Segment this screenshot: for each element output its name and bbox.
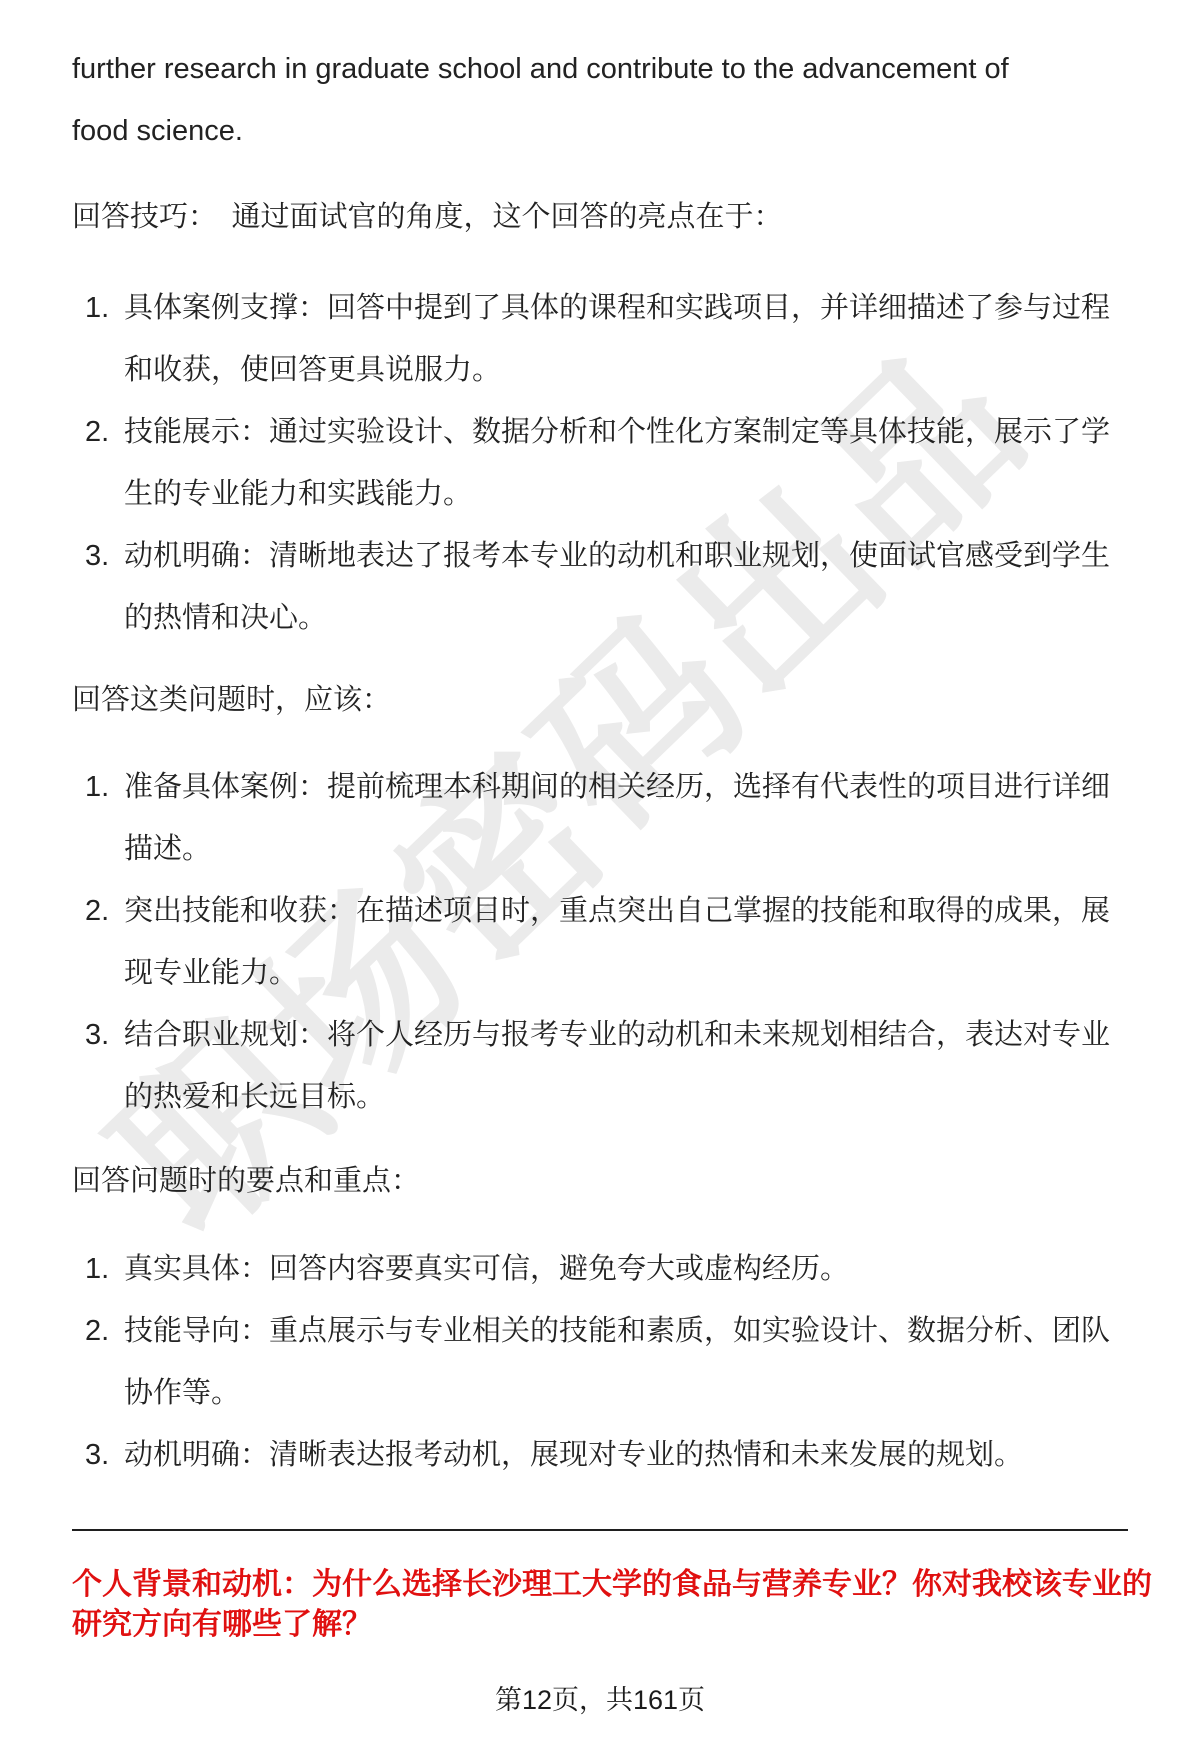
section-heading-how-to-answer: 回答这类问题时，应该：	[72, 669, 1128, 731]
list-item: 2. 技能导向：重点展示与专业相关的技能和素质，如实验设计、数据分析、团队 协作…	[72, 1300, 1128, 1424]
list-item-number: 3.	[85, 525, 109, 587]
section-heading-answer-technique: 回答技巧： 通过面试官的角度，这个回答的亮点在于：	[72, 186, 1128, 248]
list-item-line: 描述。	[124, 818, 1128, 880]
intro-paragraph-english: further research in graduate school and …	[72, 38, 1128, 162]
list-item: 2. 突出技能和收获：在描述项目时，重点突出自己掌握的技能和取得的成果，展 现专…	[72, 880, 1128, 1004]
list-item-line: 和收获，使回答更具说服力。	[124, 339, 1128, 401]
list-item-number: 3.	[85, 1004, 109, 1066]
list-item: 2. 技能展示：通过实验设计、数据分析和个性化方案制定等具体技能，展示了学 生的…	[72, 401, 1128, 525]
list-item-line: 技能导向：重点展示与专业相关的技能和素质，如实验设计、数据分析、团队	[124, 1300, 1128, 1362]
list-item-line: 具体案例支撑：回答中提到了具体的课程和实践项目，并详细描述了参与过程	[124, 277, 1128, 339]
document-page: 职场密码出品 further research in graduate scho…	[0, 0, 1200, 1755]
document-content: further research in graduate school and …	[72, 0, 1128, 1719]
list-item-line: 结合职业规划：将个人经历与报考专业的动机和未来规划相结合，表达对专业	[124, 1004, 1128, 1066]
list-item-line: 协作等。	[124, 1362, 1128, 1424]
list-item-line: 技能展示：通过实验设计、数据分析和个性化方案制定等具体技能，展示了学	[124, 401, 1128, 463]
list-item: 1. 准备具体案例：提前梳理本科期间的相关经历，选择有代表性的项目进行详细 描述…	[72, 756, 1128, 880]
section-heading-key-points: 回答问题时的要点和重点：	[72, 1150, 1128, 1212]
list-item: 1. 具体案例支撑：回答中提到了具体的课程和实践项目，并详细描述了参与过程 和收…	[72, 277, 1128, 401]
list-item-number: 1.	[85, 1238, 109, 1300]
question-line: 研究方向有哪些了解？	[72, 1605, 1128, 1645]
list-item-number: 2.	[85, 401, 109, 463]
list-item: 3. 结合职业规划：将个人经历与报考专业的动机和未来规划相结合，表达对专业 的热…	[72, 1004, 1128, 1128]
question-line: 个人背景和动机：为什么选择长沙理工大学的食品与营养专业？你对我校该专业的	[72, 1565, 1128, 1605]
list-item-number: 3.	[85, 1424, 109, 1486]
text-line: further research in graduate school and …	[72, 38, 1128, 100]
list-item-line: 真实具体：回答内容要真实可信，避免夸大或虚构经历。	[124, 1238, 1128, 1300]
list-item-number: 2.	[85, 880, 109, 942]
list-item: 1. 真实具体：回答内容要真实可信，避免夸大或虚构经历。	[72, 1238, 1128, 1300]
list-item-line: 动机明确：清晰表达报考动机，展现对专业的热情和未来发展的规划。	[124, 1424, 1128, 1486]
list-item-line: 的热爱和长远目标。	[124, 1066, 1128, 1128]
page-number-footer: 第12页，共161页	[72, 1681, 1128, 1719]
list-item-number: 1.	[85, 756, 109, 818]
list-item-number: 1.	[85, 277, 109, 339]
numbered-list-key-points: 1. 真实具体：回答内容要真实可信，避免夸大或虚构经历。 2. 技能导向：重点展…	[72, 1238, 1128, 1486]
numbered-list-approach: 1. 准备具体案例：提前梳理本科期间的相关经历，选择有代表性的项目进行详细 描述…	[72, 756, 1128, 1128]
list-item: 3. 动机明确：清晰表达报考动机，展现对专业的热情和未来发展的规划。	[72, 1424, 1128, 1486]
question-heading-red: 个人背景和动机：为什么选择长沙理工大学的食品与营养专业？你对我校该专业的 研究方…	[72, 1565, 1128, 1645]
list-item-line: 动机明确：清晰地表达了报考本专业的动机和职业规划，使面试官感受到学生	[124, 525, 1128, 587]
list-item: 3. 动机明确：清晰地表达了报考本专业的动机和职业规划，使面试官感受到学生 的热…	[72, 525, 1128, 649]
list-item-number: 2.	[85, 1300, 109, 1362]
list-item-line: 现专业能力。	[124, 942, 1128, 1004]
list-item-line: 准备具体案例：提前梳理本科期间的相关经历，选择有代表性的项目进行详细	[124, 756, 1128, 818]
section-divider	[72, 1529, 1128, 1531]
text-line: food science.	[72, 100, 1128, 162]
numbered-list-highlights: 1. 具体案例支撑：回答中提到了具体的课程和实践项目，并详细描述了参与过程 和收…	[72, 277, 1128, 649]
list-item-line: 突出技能和收获：在描述项目时，重点突出自己掌握的技能和取得的成果，展	[124, 880, 1128, 942]
list-item-line: 的热情和决心。	[124, 587, 1128, 649]
list-item-line: 生的专业能力和实践能力。	[124, 463, 1128, 525]
